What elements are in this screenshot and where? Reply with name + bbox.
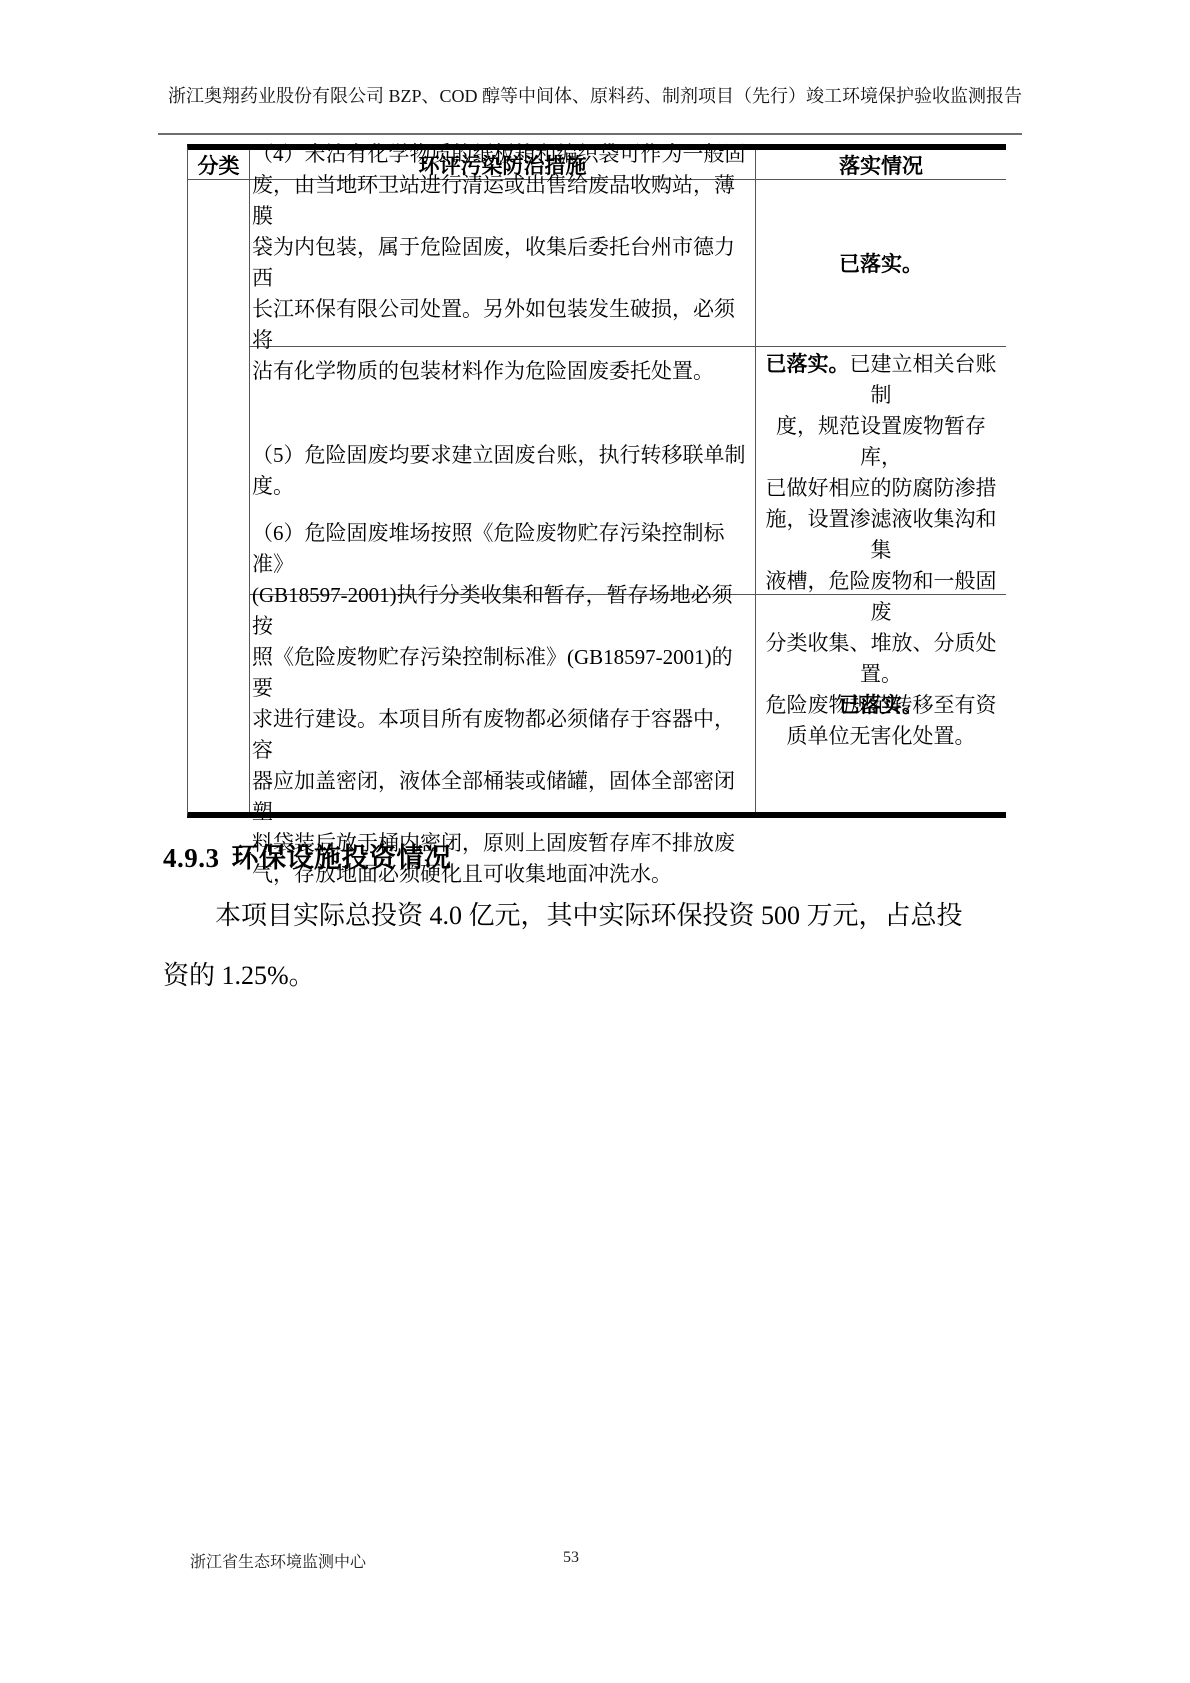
measure-text-5: （5）危险固废均要求建立固废台账，执行转移联单制 度。 (252, 440, 753, 502)
measure-cell-6: （6）危险固废堆场按照《危险废物贮存污染控制标准》 (GB18597-2001)… (250, 595, 756, 812)
col-header-status: 落实情况 (756, 150, 1006, 180)
col-header-category: 分类 (188, 150, 250, 180)
footer-page-number: 53 (563, 1549, 579, 1567)
status-text-6: 已落实。 (839, 689, 923, 719)
status-bold-5: 已落实。 (766, 352, 850, 376)
footer-organization: 浙江省生态环境监测中心 (190, 1549, 366, 1572)
status-cell-6: 已落实。 (756, 595, 1006, 812)
investment-paragraph: 本项目实际总投资 4.0 亿元，其中实际环保投资 500 万元，占总投资的 1.… (163, 886, 963, 1006)
document-page: 浙江奥翔药业股份有限公司 BZP、COD 醇等中间体、原料药、制剂项目（先行）竣… (0, 0, 1190, 1683)
category-cell (188, 180, 250, 812)
section-number: 4.9.3 (163, 843, 220, 873)
page-header-title: 浙江奥翔药业股份有限公司 BZP、COD 醇等中间体、原料药、制剂项目（先行）竣… (161, 84, 1029, 108)
section-heading: 4.9.3环保设施投资情况 (163, 836, 452, 875)
header-rule (158, 133, 1022, 135)
measures-table: 分类 环评污染防治措施 落实情况 （4）未沾有化学物质的纸板箱和编织袋可作为一般… (187, 144, 1006, 818)
status-cell-4: 已落实。 (756, 180, 1006, 347)
status-text-4: 已落实。 (839, 248, 923, 278)
status-cell-5: 已落实。已建立相关台账制 度，规范设置废物暂存库， 已做好相应的防腐防渗措 施，… (756, 347, 1006, 595)
measure-text-6: （6）危险固废堆场按照《危险废物贮存污染控制标准》 (GB18597-2001)… (252, 518, 753, 890)
section-title: 环保设施投资情况 (232, 843, 452, 873)
measure-cell-4: （4）未沾有化学物质的纸板箱和编织袋可作为一般固 废，由当地环卫站进行清运或出售… (250, 180, 756, 347)
